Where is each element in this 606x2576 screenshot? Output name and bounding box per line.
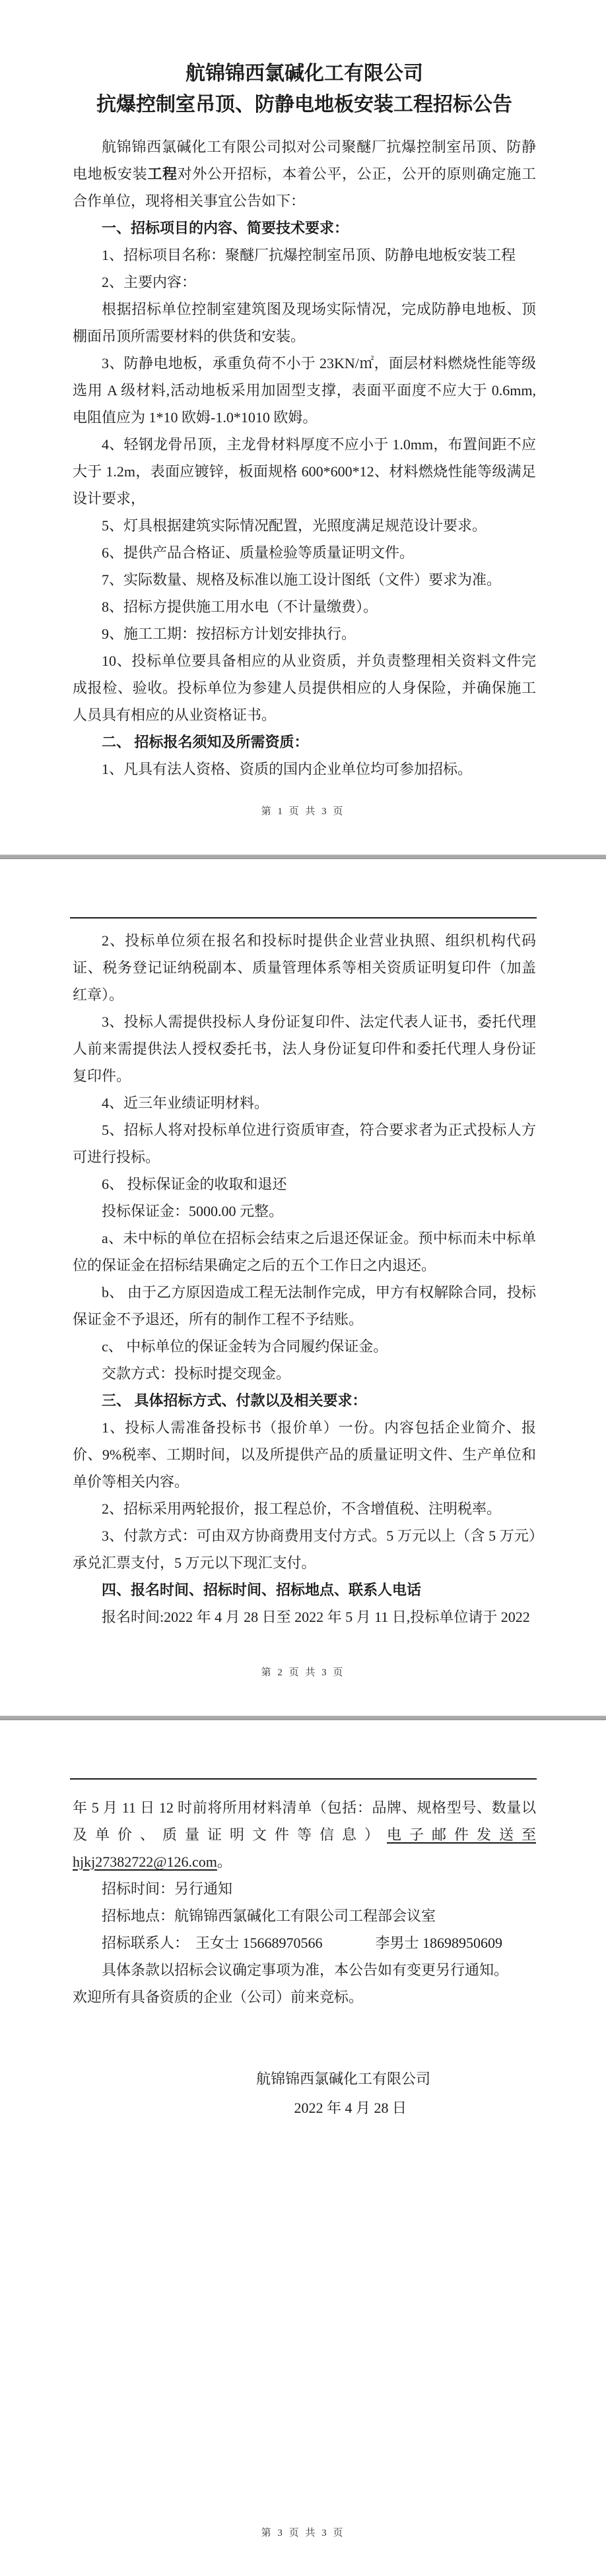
- page-1-footer: 第 1 页 共 3 页: [0, 804, 606, 818]
- signature-block: 航锦锦西氯碱化工有限公司 2022 年 4 月 28 日: [73, 2065, 536, 2123]
- item-deposit-heading: 6、 投标保证金的收取和退还: [73, 1171, 536, 1198]
- item-id-documents: 3、投标人需提供投标人身份证复印件、法定代表人证书，委托代理人前来需提供法人授权…: [73, 1008, 536, 1089]
- material-list-period: 。: [217, 1853, 232, 1870]
- contact-wang: 王女士 15668970566: [195, 1935, 323, 1951]
- signature-company: 航锦锦西氯碱化工有限公司: [73, 2065, 536, 2094]
- item-business-license: 2、投标单位须在报名和投标时提供企业营业执照、组织机构代码证、税务登记证纳税副本…: [73, 927, 536, 1008]
- item-deposit-refund-b: b、 由于乙方原因造成工程无法制作完成，甲方有权解除合同，投标保证金不予退还，所…: [73, 1279, 536, 1333]
- item-schedule: 9、施工工期：按招标方计划安排执行。: [73, 620, 536, 647]
- page-3-footer: 第 3 页 共 3 页: [0, 2525, 606, 2539]
- item-quality-certificates: 6、提供产品合格证、质量检验等质量证明文件。: [73, 539, 536, 566]
- announcement-title: 抗爆控制室吊顶、防静电地板安装工程招标公告: [73, 89, 536, 120]
- page-2: 2、投标单位须在报名和投标时提供企业营业执照、组织机构代码证、税务登记证纳税副本…: [0, 859, 606, 1716]
- intro-text-bold: 工程: [147, 166, 177, 182]
- section-3-heading: 三、 具体招标方式、付款以及相关要求：: [73, 1387, 536, 1414]
- section-2-item-eligibility: 1、凡具有法人资格、资质的国内企业单位均可参加招标。: [73, 756, 536, 783]
- item-steel-keel-ceiling: 4、轻钢龙骨吊顶，主龙骨材料厚度不应小于 1.0mm，布置间距不应大于 1.2m…: [73, 431, 536, 512]
- contacts-label: 招标联系人：: [102, 1935, 189, 1951]
- page-separator: [0, 854, 606, 859]
- item-drawings-standard: 7、实际数量、规格及标准以施工设计图纸（文件）要求为准。: [73, 566, 536, 593]
- material-list-paragraph: 年 5 月 11 日 12 时前将所用材料清单（包括：品牌、规格型号、数量以及单…: [73, 1794, 536, 1875]
- bid-place-line: 招标地点：航锦锦西氯碱化工有限公司工程部会议室: [73, 1902, 536, 1929]
- contact-li: 李男士 18698950609: [376, 1935, 503, 1951]
- item-deposit-refund-a: a、未中标的单位在招标会结束之后退还保证金。预中标而未中标单位的保证金在招标结果…: [73, 1225, 536, 1279]
- item-main-content-text: 根据招标单位控制室建筑图及现场实际情况，完成防静电地板、顶棚面吊顶所需要材料的供…: [73, 296, 536, 350]
- contacts-line: 招标联系人：王女士 15668970566李男士 18698950609: [73, 1929, 536, 1956]
- item-two-round-quote: 2、招标采用两轮报价，报工程总价，不含增值税、注明税率。: [73, 1495, 536, 1522]
- item-deposit-amount: 投标保证金：5000.00 元整。: [73, 1198, 536, 1225]
- signature-date: 2022 年 4 月 28 日: [73, 2094, 536, 2123]
- terms-line: 具体条款以招标会议确定事项为准，本公告如有变更另行通知。: [73, 1956, 536, 1983]
- section-1-heading: 一、招标项目的内容、简要技术要求：: [73, 214, 536, 241]
- page-1: 航锦锦西氯碱化工有限公司 抗爆控制室吊顶、防静电地板安装工程招标公告 航锦锦西氯…: [0, 0, 606, 854]
- item-bid-document: 1、投标人需准备投标书（报价单）一份。内容包括企业简介、报价、9%税率、工期时间…: [73, 1414, 536, 1495]
- item-water-electricity: 8、招标方提供施工用水电（不计量缴费）。: [73, 593, 536, 620]
- item-qualifications-insurance: 10、投标单位要具备相应的从业资质，并负责整理相关资料文件完成报检、验收。投标单…: [73, 647, 536, 728]
- header-rule: [70, 917, 537, 918]
- bid-time-line: 招标时间：另行通知: [73, 1875, 536, 1902]
- section-4-heading: 四、报名时间、招标时间、招标地点、联系人电话: [73, 1576, 536, 1603]
- item-qualification-review: 5、招标人将对投标单位进行资质审查，符合要求者为正式投标人方可进行投标。: [73, 1116, 536, 1171]
- item-payment-terms: 3、付款方式：可由双方协商费用支付方式。5 万元以上（含 5 万元）承兑汇票支付…: [73, 1522, 536, 1576]
- page-3: 年 5 月 11 日 12 时前将所用材料清单（包括：品牌、规格型号、数量以及单…: [0, 1720, 606, 2576]
- item-project-name: 1、招标项目名称：聚醚厂抗爆控制室吊顶、防静电地板安装工程: [73, 241, 536, 269]
- item-performance-proof: 4、近三年业绩证明材料。: [73, 1089, 536, 1116]
- document-viewer: 航锦锦西氯碱化工有限公司 抗爆控制室吊顶、防静电地板安装工程招标公告 航锦锦西氯…: [0, 0, 606, 2576]
- item-main-content-label: 2、主要内容：: [73, 269, 536, 296]
- item-payment-method: 交款方式：投标时提交现金。: [73, 1360, 536, 1387]
- intro-paragraph: 航锦锦西氯碱化工有限公司拟对公司聚醚厂抗爆控制室吊顶、防静电地板安装工程对外公开…: [73, 133, 536, 214]
- item-deposit-refund-c: c、 中标单位的保证金转为合同履约保证金。: [73, 1333, 536, 1360]
- registration-time-line: 报名时间:2022 年 4 月 28 日至 2022 年 5 月 11 日,投标…: [73, 1603, 536, 1630]
- section-2-heading: 二、 招标报名须知及所需资质：: [73, 728, 536, 756]
- title-block: 航锦锦西氯碱化工有限公司 抗爆控制室吊顶、防静电地板安装工程招标公告: [73, 0, 536, 120]
- welcome-line: 欢迎所有具备资质的企业（公司）前来竞标。: [73, 1983, 536, 2011]
- item-lighting: 5、灯具根据建筑实际情况配置，光照度满足规范设计要求。: [73, 512, 536, 539]
- page-2-footer: 第 2 页 共 3 页: [0, 1665, 606, 1679]
- item-antistatic-floor: 3、防静电地板，承重负荷不小于 23KN/㎡，面层材料燃烧性能等级选用 A 级材…: [73, 350, 536, 431]
- company-title: 航锦锦西氯碱化工有限公司: [73, 58, 536, 89]
- header-rule: [70, 1778, 537, 1780]
- page-separator: [0, 1716, 606, 1720]
